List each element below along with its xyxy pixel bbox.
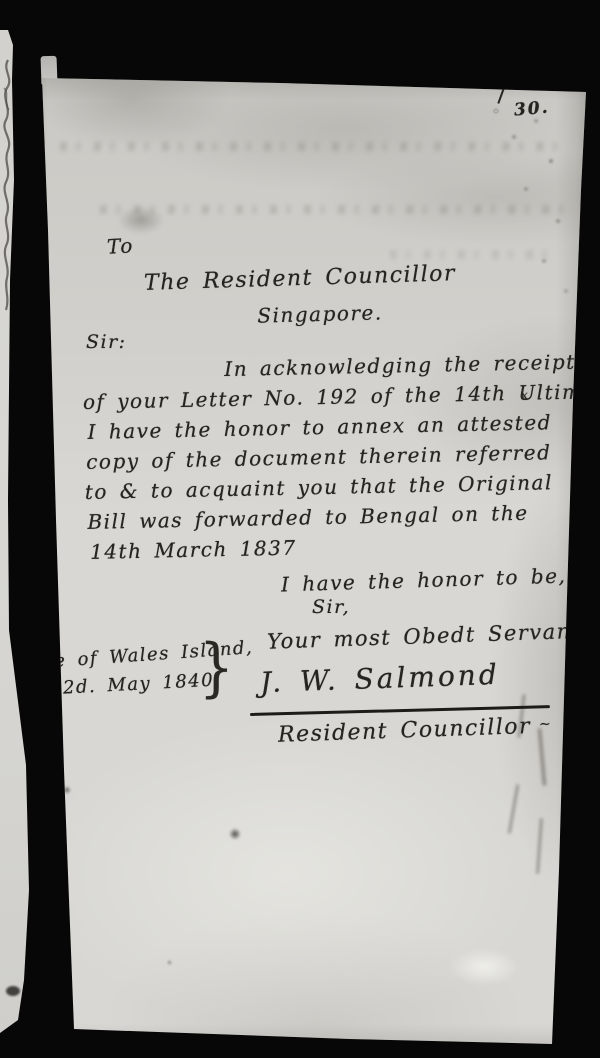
- stray-pen-stroke: [497, 88, 504, 104]
- stain-spot: [167, 960, 172, 965]
- show-through-line: [60, 142, 570, 151]
- ink-smudge: [118, 206, 164, 234]
- flourish-mark: ~: [539, 716, 553, 732]
- stain-spot: [63, 786, 71, 794]
- show-through-line: [100, 205, 570, 214]
- salutation: Sir:: [86, 331, 127, 353]
- closing-line-2: Sir,: [312, 596, 350, 618]
- ink-blot: [6, 986, 20, 996]
- letter-sheet: 30. To The Resident Councillor Singapore…: [30, 70, 600, 1050]
- closing-line-1: I have the honor to be,: [281, 564, 567, 597]
- show-through-line: [390, 250, 550, 259]
- address-to: To: [106, 233, 134, 258]
- foxing-specks: [495, 110, 497, 112]
- closing-line-3: Your most Obedt Servants: [267, 618, 595, 653]
- adjacent-page-handwriting: [0, 58, 16, 318]
- place-date-line-2: 12d. May 1840: [50, 670, 215, 700]
- page-number: 30.: [513, 97, 550, 120]
- annotation-x-mark: x: [520, 388, 529, 403]
- recipient-place: Singapore.: [230, 300, 411, 329]
- recipient-name: The Resident Councillor: [142, 261, 459, 296]
- curly-brace: }: [199, 636, 235, 700]
- adjacent-page-edge: [0, 30, 30, 1050]
- scanned-document-photo: { "document": { "page_number": "30.", "a…: [0, 0, 600, 1058]
- signature-name: J. W. Salmond: [259, 658, 500, 699]
- light-patch: [448, 948, 520, 986]
- stain-spot: [229, 828, 241, 840]
- letter-body: In acknowledging the receipt of your Let…: [82, 347, 578, 567]
